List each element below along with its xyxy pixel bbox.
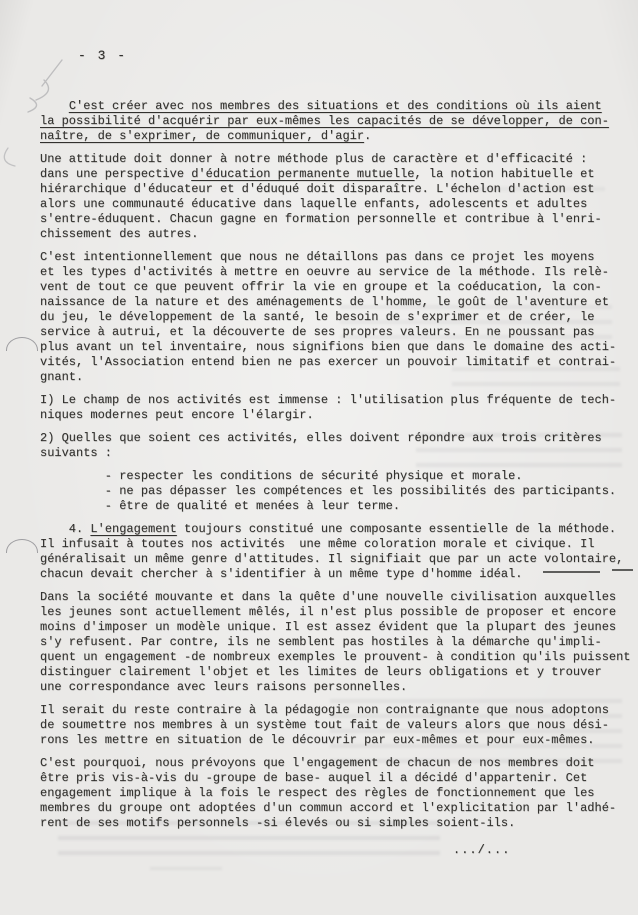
text-line: chissement des autres. — [40, 227, 628, 242]
text-line: s'y refusent. Par contre, ils ne semblen… — [40, 635, 628, 650]
text-line: rons les mettre en situation de le décou… — [40, 733, 628, 748]
text-line: plus avant un tel inventaire, nous signi… — [40, 340, 628, 355]
text-line: C'est créer avec nos membres des situati… — [40, 99, 628, 114]
text-line: naissance de la nature et des aménagemen… — [40, 295, 628, 310]
text-line: les jeunes sont actuellement mêlés, il n… — [40, 605, 628, 620]
text-line: rent de ses motifs personnels -si élevés… — [40, 816, 628, 831]
paragraph-thesis: C'est créer avec nos membres des situati… — [40, 99, 628, 144]
paragraph-point-1: I) Le champ de nos activités est immense… — [40, 393, 628, 423]
text-line: distinguer clairement l'objet et les lim… — [40, 665, 628, 680]
text-line: du jeu, le développement de la santé, le… — [40, 310, 628, 325]
text-line: et les types d'activités à mettre en oeu… — [40, 265, 628, 280]
text-line: quent un engagement -de nombreux exemple… — [40, 650, 628, 665]
text-line: alors une communauté éducative dans laqu… — [40, 197, 628, 212]
paragraph-point-2: 2) Quelles que soient ces activités, ell… — [40, 431, 628, 461]
text-line: une correspondance avec leurs raisons pe… — [40, 680, 628, 695]
continuation-mark: .../... — [453, 843, 510, 857]
page-number: - 3 - — [78, 48, 127, 63]
text-line: Il serait du reste contraire à la pédago… — [40, 703, 628, 718]
binder-ring-mark-top — [6, 337, 38, 351]
text-line: s'entre-éduquent. Chacun gagne en format… — [40, 212, 628, 227]
paragraph-engagement: 4. L'engagement toujours constitué une c… — [40, 522, 628, 582]
text-line: C'est intentionnellement que nous ne dét… — [40, 250, 628, 265]
text-line: - être de qualité et menées à leur terme… — [40, 499, 628, 514]
text-line: engagement implique à la fois le respect… — [40, 786, 628, 801]
paragraph-activites: C'est intentionnellement que nous ne dét… — [40, 250, 628, 385]
text-line: 2) Quelles que soient ces activités, ell… — [40, 431, 628, 446]
bleedthrough-smudge — [150, 858, 222, 870]
text-line: Dans la société mouvante et dans la quêt… — [40, 590, 628, 605]
text-line: I) Le champ de nos activités est immense… — [40, 393, 628, 408]
text-line: vent de tout ce que peuvent offrir la vi… — [40, 280, 628, 295]
text-line: - ne pas dépasser les compétences et les… — [40, 484, 628, 499]
paragraph-attitude: Une attitude doit donner à notre méthode… — [40, 152, 628, 242]
text-line: gnant. — [40, 370, 628, 385]
text-line: vités, l'Association entend bien ne pas … — [40, 355, 628, 370]
text-line: service à autrui, et la découverte de se… — [40, 325, 628, 340]
text-line: généralisait un même genre d'attitudes. … — [40, 552, 628, 567]
text-line: niques modernes peut encore l'élargir. — [40, 408, 628, 423]
text-line: - respecter les conditions de sécurité p… — [40, 469, 628, 484]
text-line: dans une perspective d'éducation permane… — [40, 167, 628, 182]
text-line: 4. L'engagement toujours constitué une c… — [40, 522, 628, 537]
text-line: de soumettre nos membres à un système to… — [40, 718, 628, 733]
text-line: la possibilité d'acquérir par eux-mêmes … — [40, 114, 628, 129]
paragraph-societe-mouvante: Dans la société mouvante et dans la quêt… — [40, 590, 628, 695]
paragraph-pedagogie: Il serait du reste contraire à la pédago… — [40, 703, 628, 748]
binder-ring-mark-bottom — [6, 539, 38, 553]
text-line: Il infusait à toutes nos activités une m… — [40, 537, 628, 552]
text-line: hiérarchique d'éducateur et d'éduqué doi… — [40, 182, 628, 197]
text-line: naître, de s'exprimer, de communiquer, d… — [40, 129, 628, 144]
text-line: être pris vis-à-vis du -groupe de base- … — [40, 771, 628, 786]
text-line: moins d'imposer un modèle unique. Il est… — [40, 620, 628, 635]
text-line: chacun devait chercher à s'identifier à … — [40, 567, 628, 582]
paragraph-criteria-list: - respecter les conditions de sécurité p… — [40, 469, 628, 514]
paragraph-engagement-groupe: C'est pourquoi, nous prévoyons que l'eng… — [40, 756, 628, 831]
text-line: suivants : — [40, 446, 628, 461]
text-line: Une attitude doit donner à notre méthode… — [40, 152, 628, 167]
text-line: C'est pourquoi, nous prévoyons que l'eng… — [40, 756, 628, 771]
text-line: membres du groupe ont adoptées d'un comm… — [40, 801, 628, 816]
scanned-page: - 3 - C'est créer avec nos membres des s… — [0, 0, 638, 915]
document-body: C'est créer avec nos membres des situati… — [40, 99, 628, 839]
